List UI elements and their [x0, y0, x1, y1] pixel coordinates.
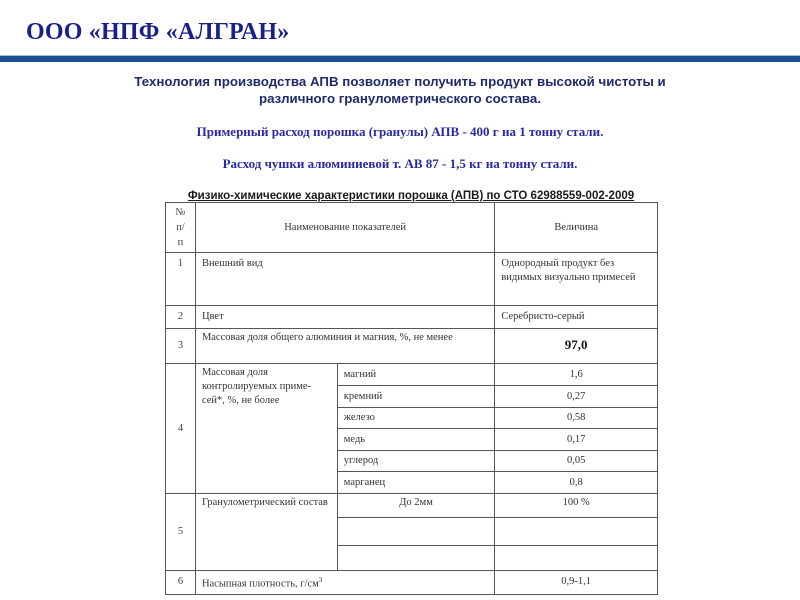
table-row: 5 Гранулометрический состав До 2мм 100 %	[166, 494, 658, 518]
intro-line-2: различного гранулометрического состава.	[100, 90, 700, 107]
impurity-label: магний	[337, 364, 495, 386]
fraction-label: До 2мм	[337, 494, 495, 518]
row-name: Массовая доля общего алюминия и магния, …	[195, 329, 494, 364]
impurity-value: 0,17	[495, 429, 658, 451]
fraction-value: 100 %	[495, 494, 658, 518]
fraction-value	[495, 546, 658, 571]
row-value: Однородный продукт без видимых визуально…	[495, 253, 658, 306]
table-row: 3 Массовая доля общего алюминия и магния…	[166, 329, 658, 364]
header-num: № п/ п	[166, 203, 196, 253]
impurity-value: 1,6	[495, 364, 658, 386]
row-name: Цвет	[195, 306, 494, 329]
impurity-value: 0,27	[495, 386, 658, 408]
row-value: 0,9-1,1	[495, 571, 658, 595]
row-name: Гранулометрический состав	[195, 494, 337, 571]
intro-line-1: Технология производства АПВ позволяет по…	[100, 73, 700, 90]
header-name: Наименование показателей	[195, 203, 494, 253]
row-value: Серебристо-серый	[495, 306, 658, 329]
table-caption: Физико-химические характеристики порошка…	[165, 190, 657, 202]
ingot-consumption-note: Расход чушки алюминиевой т. АВ 87 - 1,5 …	[100, 156, 700, 172]
header-rule	[0, 56, 800, 62]
impurity-label: кремний	[337, 386, 495, 408]
table-row: 2 Цвет Серебристо-серый	[166, 306, 658, 329]
fraction-label	[337, 518, 495, 546]
row-name: Массовая доля контролируемых приме-сей*,…	[195, 364, 337, 494]
fraction-label	[337, 546, 495, 571]
row-value: 97,0	[495, 329, 658, 364]
table-row: 4 Массовая доля контролируемых приме-сей…	[166, 364, 658, 386]
table-row: 6 Насыпная плотность, г/см3 0,9-1,1	[166, 571, 658, 595]
table-header-row: № п/ п Наименование показателей Величина	[166, 203, 658, 253]
intro-text: Технология производства АПВ позволяет по…	[100, 73, 700, 107]
impurity-label: углерод	[337, 451, 495, 472]
characteristics-table: № п/ п Наименование показателей Величина…	[165, 202, 658, 595]
row-name: Внешний вид	[195, 253, 494, 306]
company-title: ООО «НПФ «АЛГРАН»	[26, 19, 289, 46]
impurity-label: железо	[337, 408, 495, 429]
impurity-value: 0,8	[495, 472, 658, 494]
impurity-value: 0,58	[495, 408, 658, 429]
row-name: Насыпная плотность, г/см3	[195, 571, 494, 595]
fraction-value	[495, 518, 658, 546]
header-value: Величина	[495, 203, 658, 253]
impurity-value: 0,05	[495, 451, 658, 472]
table-row: 1 Внешний вид Однородный продукт без вид…	[166, 253, 658, 306]
impurity-label: медь	[337, 429, 495, 451]
powder-consumption-note: Примерный расход порошка (гранулы) АПВ -…	[100, 124, 700, 140]
impurity-label: марганец	[337, 472, 495, 494]
